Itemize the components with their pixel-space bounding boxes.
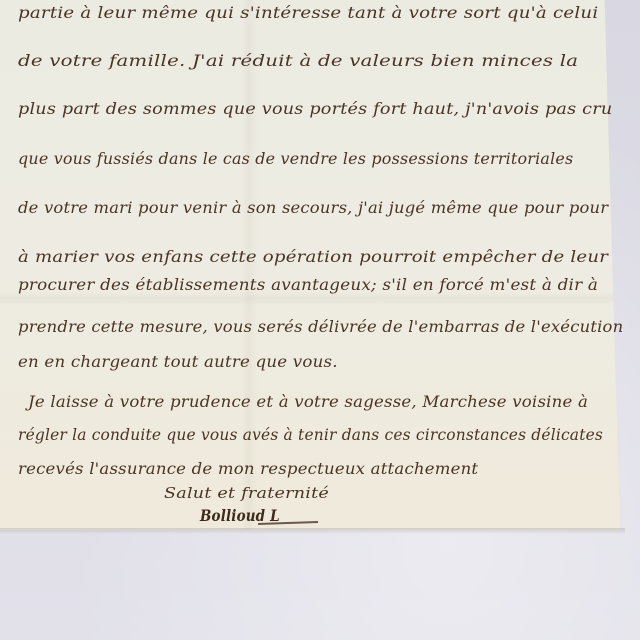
letter-line-6: à marier vos enfans cette opération pour… [18, 248, 608, 266]
letter-closing: Salut et fraternité [164, 484, 329, 502]
handwritten-letter: partie à leur même qui s'intéresse tant … [0, 0, 600, 530]
letter-line-9: en en chargeant tout autre que vous. [18, 353, 338, 371]
letter-line-2: de votre famille. J'ai réduit à de valeu… [18, 52, 578, 70]
letter-line-8: prendre cette mesure, vous serés délivré… [18, 318, 623, 336]
letter-line-7: procurer des établissements avantageux; … [18, 276, 598, 294]
letter-line-1: partie à leur même qui s'intéresse tant … [18, 4, 598, 22]
letter-paragraph2-line-1: Je laisse à votre prudence et à votre sa… [28, 393, 588, 411]
letter-line-4: que vous fussiés dans le cas de vendre l… [18, 150, 573, 168]
letter-line-5: de votre mari pour venir à son secours, … [18, 199, 608, 217]
letter-paragraph2-line-2: régler la conduite que vous avés à tenir… [18, 426, 603, 444]
letter-paragraph2-line-3: recevés l'assurance de mon respectueux a… [18, 460, 478, 478]
letter-line-3: plus part des sommes que vous portés for… [18, 100, 612, 118]
